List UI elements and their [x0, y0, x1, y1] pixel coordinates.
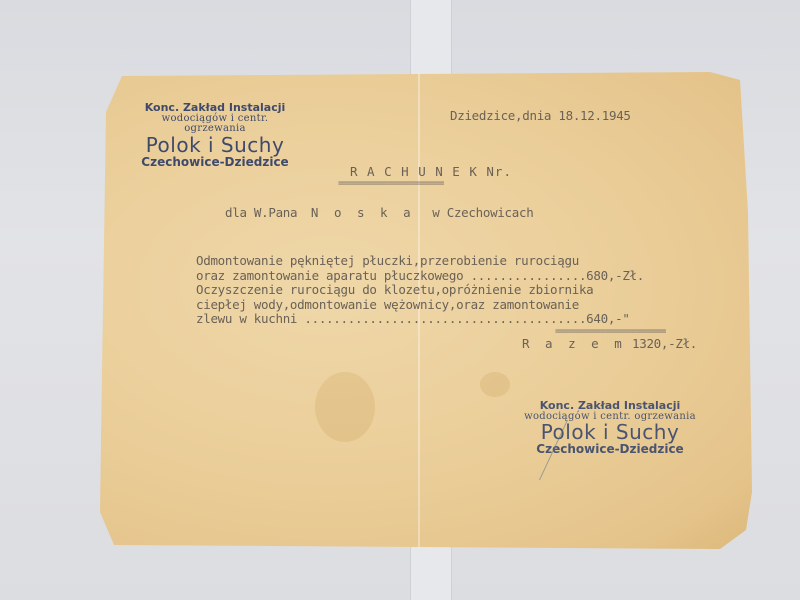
item-1-line-2: oraz zamontowanie aparatu płuczkowego ..…: [196, 269, 644, 284]
total-label: R a z e m: [522, 336, 626, 351]
item-1-line-1: Odmontowanie pękniętej płuczki,przerobie…: [196, 254, 644, 269]
title-underline: =====================: [338, 178, 443, 189]
stamp-city: Czechowice-Dziedzice: [130, 156, 300, 169]
invoice-items: Odmontowanie pękniętej płuczki,przerobie…: [196, 254, 644, 327]
stamp-line-1: Konc. Zakład Instalacji: [520, 400, 700, 412]
stain: [480, 372, 510, 397]
invoice-title: R A C H U N E K Nr.: [350, 164, 512, 179]
stamp-line-1: Konc. Zakład Instalacji: [130, 102, 300, 114]
stamp-company-name: Polok i Suchy: [520, 422, 700, 443]
recipient-name: N o s k a: [311, 205, 415, 220]
place-date: Dziedzice,dnia 18.12.1945: [450, 108, 631, 123]
invoice-paper: Konc. Zakład Instalacji wodociągów i cen…: [100, 72, 755, 549]
recipient-line: dla W.Pana N o s k a w Czechowicach: [225, 202, 533, 221]
stamp-line-2: wodociągów i centr. ogrzewania: [130, 114, 300, 135]
item-2-line-2: ciepłej wody,odmontowanie wężownicy,oraz…: [196, 298, 644, 313]
stain: [315, 372, 375, 442]
item-2-line-3: zlewu w kuchni .........................…: [196, 312, 644, 327]
recipient-suffix: w Czechowicach: [432, 205, 533, 220]
company-stamp-top: Konc. Zakład Instalacji wodociągów i cen…: [130, 102, 300, 168]
company-stamp-bottom: Konc. Zakład Instalacji wodociągów i cen…: [520, 400, 700, 456]
total-amount: 1320,-Zł.: [632, 336, 697, 351]
recipient-prefix: dla W.Pana: [225, 205, 297, 220]
stamp-city: Czechowice-Dziedzice: [520, 443, 700, 456]
stamp-company-name: Polok i Suchy: [130, 135, 300, 156]
item-2-line-1: Oczyszczenie rurociągu do klozetu,opróżn…: [196, 283, 644, 298]
